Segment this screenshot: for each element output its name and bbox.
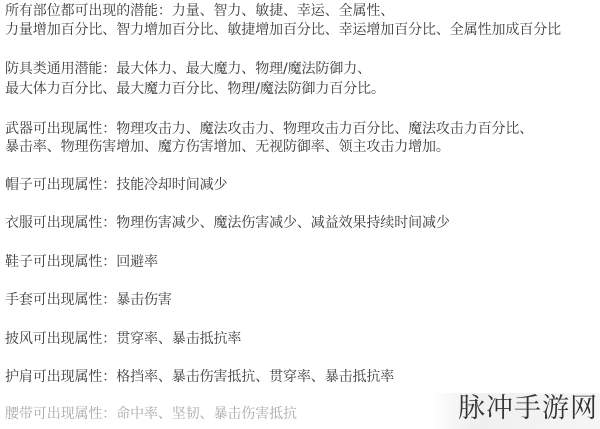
weapon-attributes-line-1: 武器可出现属性：物理攻击力、魔法攻击力、物理攻击力百分比、魔法攻击力百分比、 — [5, 121, 533, 137]
gloves-attributes: 手套可出现属性：暴击伤害 — [5, 292, 172, 308]
cape-attributes: 披风可出现属性：贯穿率、暴击抵抗率 — [5, 331, 241, 347]
clothes-attributes: 衣服可出现属性：物理伤害减少、魔法伤害减少、减益效果持续时间减少 — [5, 215, 450, 231]
armor-potential-line-1: 防具类通用潜能：最大体力、最大魔力、物理/魔法防御力、 — [5, 61, 371, 77]
shoes-attributes: 鞋子可出现属性：回避率 — [5, 254, 158, 270]
hat-attributes: 帽子可出现属性：技能冷却时间减少 — [5, 177, 227, 193]
armor-potential-line-2: 最大体力百分比、最大魔力百分比、物理/魔法防御力百分比。 — [5, 81, 385, 97]
all-slots-potential-line-2: 力量增加百分比、智力增加百分比、敏捷增加百分比、幸运增加百分比、全属性加成百分比 — [5, 22, 561, 38]
weapon-attributes-line-2: 暴击率、物理伤害增加、魔方伤害增加、无视防御率、领主攻击力增加。 — [5, 139, 450, 155]
all-slots-potential-line-1: 所有部位都可出现的潜能：力量、智力、敏捷、幸运、全属性、 — [5, 3, 394, 19]
site-watermark: 脉冲手游网 — [458, 392, 598, 426]
shoulder-attributes: 护肩可出现属性：格挡率、暴击伤害抵抗、贯穿率、暴击抵抗率 — [5, 369, 394, 385]
belt-attributes: 腰带可出现属性：命中率、坚韧、暴击伤害抵抗 — [5, 406, 297, 422]
